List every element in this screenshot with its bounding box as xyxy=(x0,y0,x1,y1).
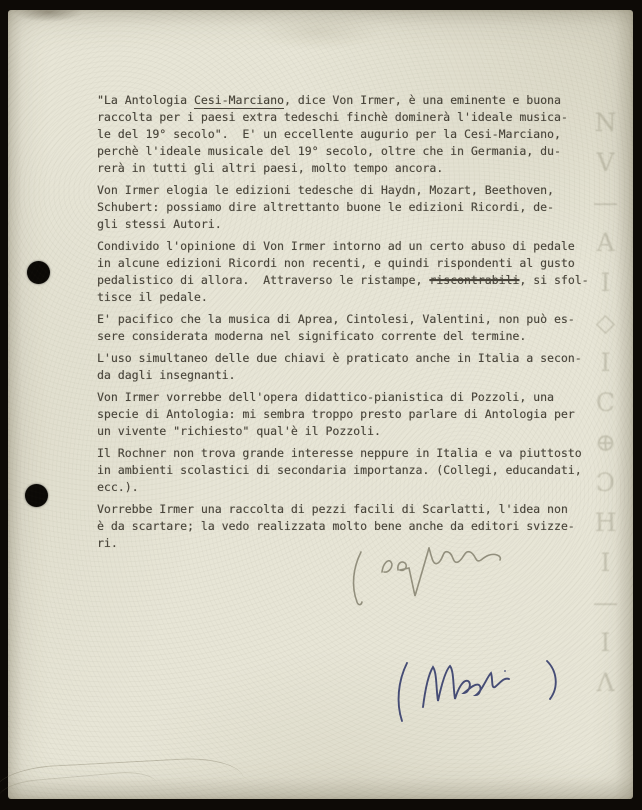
paragraph: Von Irmer elogia le edizioni tedesche di… xyxy=(97,182,602,233)
scanned-letter: NV—AI◇IC⊕ƆHI—IΛ "La Antologia Cesi-Marci… xyxy=(0,0,642,810)
paragraph: E' pacifico che la musica di Aprea, Cint… xyxy=(97,311,602,345)
typed-text: "La Antologia Cesi-Marciano, dice Von Ir… xyxy=(97,92,602,557)
pencil-signature xyxy=(335,538,515,618)
paragraph: Condivido l'opinione di Von Irmer intorn… xyxy=(97,238,602,306)
ink-signature xyxy=(383,643,568,733)
paper-crease xyxy=(0,769,159,810)
paper-crease xyxy=(0,755,245,810)
paragraph: L'uso simultaneo delle due chiavi è prat… xyxy=(97,350,602,384)
hole-punch-bottom xyxy=(25,484,48,507)
paper-sheet: NV—AI◇IC⊕ƆHI—IΛ "La Antologia Cesi-Marci… xyxy=(8,10,633,799)
paragraph: Il Rochner non trova grande interesse ne… xyxy=(97,445,602,496)
paragraph: Von Irmer vorrebbe dell'opera didattico-… xyxy=(97,389,602,440)
hole-punch-top xyxy=(27,261,50,284)
paragraph: "La Antologia Cesi-Marciano, dice Von Ir… xyxy=(97,92,602,177)
